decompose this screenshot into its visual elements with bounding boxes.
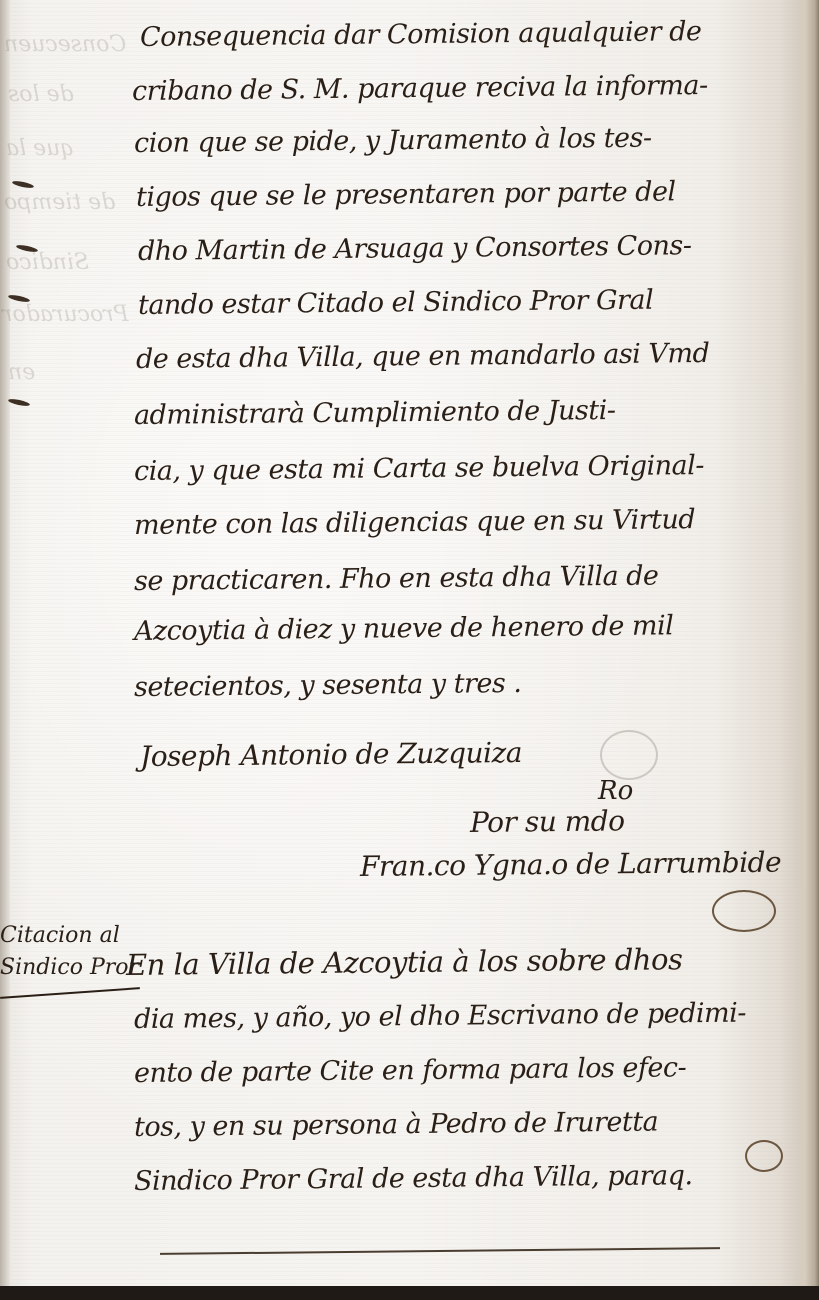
text-line: ento de parte Cite en forma para los efe… — [134, 1052, 686, 1089]
signature-zuzquiza: Joseph Antonio de Zuzquiza — [140, 736, 522, 773]
text-line: cribano de S. M. paraque reciva la infor… — [132, 70, 708, 107]
text-line: administrarà Cumplimiento de Justi- — [134, 395, 616, 431]
text-line: En la Villa de Azcoytia à los sobre dhos — [126, 942, 683, 982]
margin-note-line: Sindico Pror — [0, 952, 139, 984]
margin-note-line: Citacion al — [0, 920, 139, 952]
bleed-through-text: en — [8, 360, 35, 385]
text-line: mente con las diligencias que en su Virt… — [134, 504, 695, 541]
text-line: cia, y que esta mi Carta se buelva Origi… — [134, 450, 704, 487]
margin-mark — [8, 294, 31, 303]
bleed-through-text: de los — [8, 82, 74, 107]
text-line: dho Martin de Arsuaga y Consortes Cons- — [138, 230, 692, 267]
bleed-through-text: Procurador — [2, 302, 129, 327]
rubric-mark: Ro — [598, 776, 633, 806]
text-line: se practicaren. Fho en esta dha Villa de — [134, 561, 659, 597]
text-line: Azcoytia à diez y nueve de henero de mil — [134, 610, 674, 647]
margin-mark — [16, 244, 39, 253]
margin-mark — [12, 180, 35, 189]
margin-underline — [0, 987, 140, 999]
margin-mark — [8, 398, 31, 407]
bleed-through-flourish — [600, 730, 658, 780]
bleed-through-text: Consecuen — [4, 32, 126, 57]
binding-edge — [0, 0, 10, 1288]
text-line: tos, y en su persona à Pedro de Iruretta — [134, 1107, 659, 1143]
bleed-through-text: que la — [6, 136, 74, 161]
signature-flourish — [712, 890, 776, 932]
bleed-through-text: de tiempo — [4, 190, 115, 215]
text-line: de esta dha Villa, que en mandarlo asi V… — [136, 338, 710, 375]
text-line: Consequencia dar Comision aqualquier de — [140, 16, 702, 53]
page-edge — [791, 0, 819, 1300]
margin-note: Citacion al Sindico Pror — [0, 920, 139, 984]
text-line: setecientos, y sesenta y tres . — [134, 668, 522, 703]
closing-rule — [160, 1247, 720, 1255]
bleed-through-text: Sindico — [6, 250, 89, 275]
manuscript-page: Consecuen de los que la de tiempo Sindic… — [0, 0, 812, 1288]
text-line: cion que se pide, y Juramento à los tes- — [134, 123, 652, 159]
text-line: tigos que se le presentaren por parte de… — [136, 176, 676, 213]
page-shadow — [0, 1286, 819, 1300]
text-flourish — [745, 1140, 783, 1172]
signature-larrumbide: Fran.co Ygna.o de Larrumbide — [360, 846, 781, 883]
text-line: Sindico Pror Gral de esta dha Villa, par… — [134, 1160, 693, 1197]
notary-attestation: Por su mdo — [470, 804, 625, 839]
text-line: dia mes, y año, yo el dho Escrivano de p… — [134, 998, 746, 1035]
text-line: tando estar Citado el Sindico Pror Gral — [138, 285, 654, 321]
